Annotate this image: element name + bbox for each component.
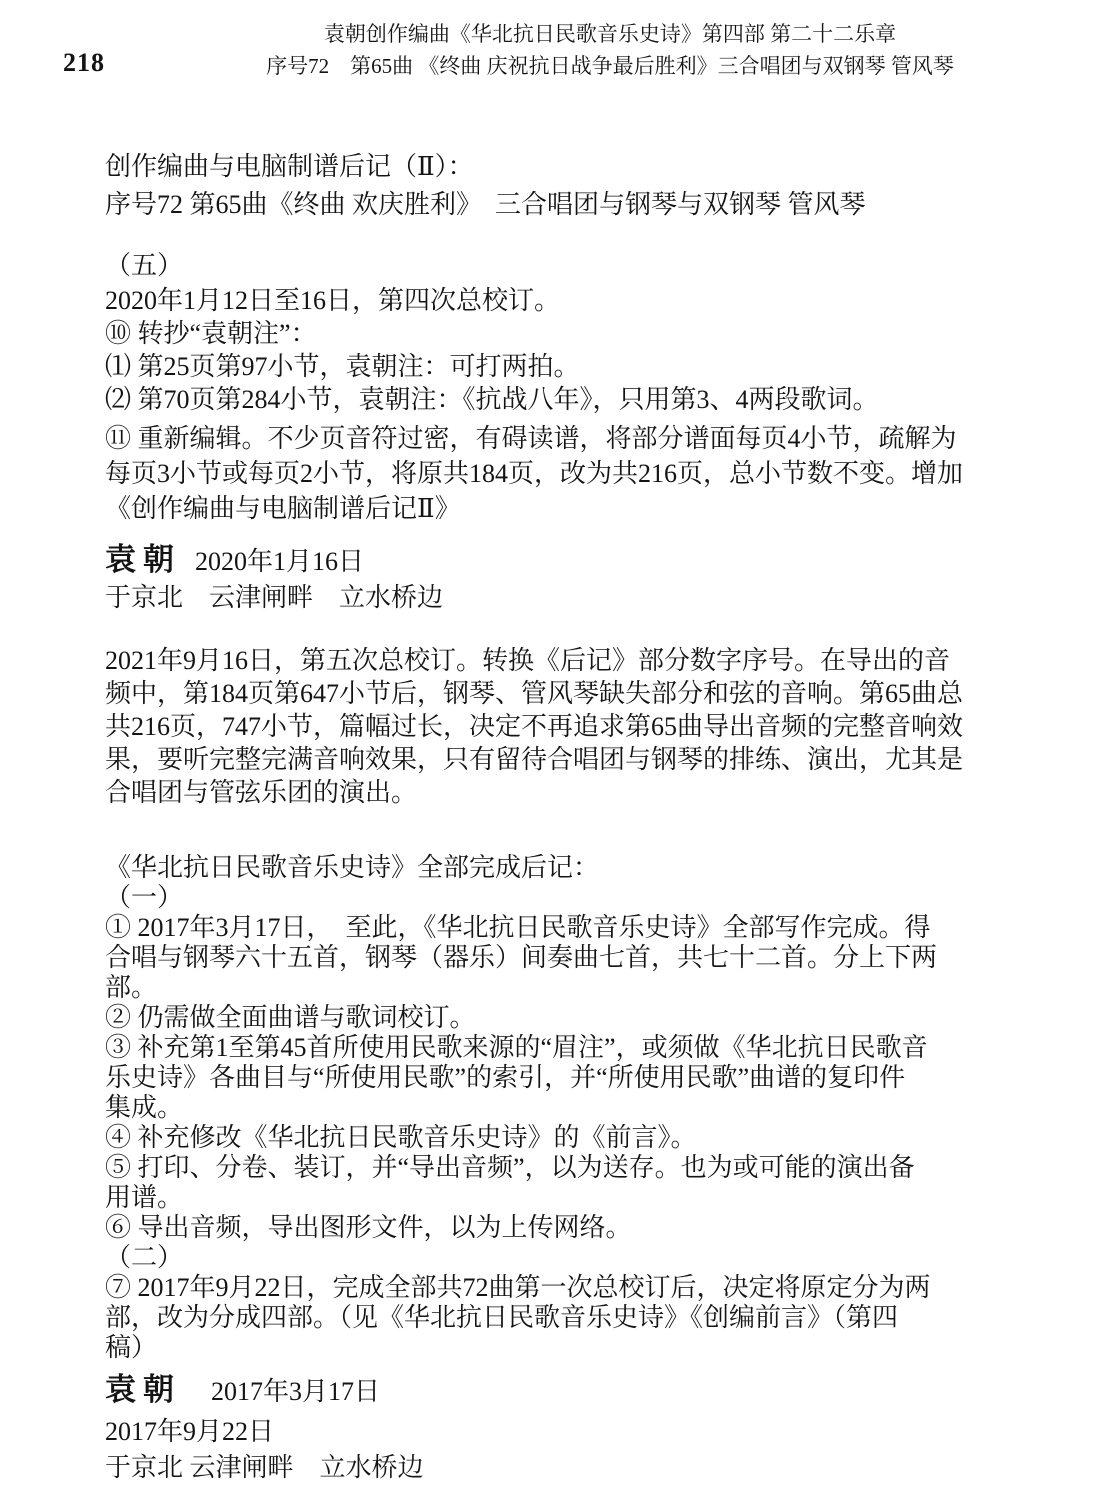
- item-3-line-2: 乐史诗》各曲目与“所使用民歌”的索引，并“所使用民歌”曲谱的复印件: [105, 1063, 990, 1093]
- page-number: 218: [63, 48, 105, 78]
- completion-postscript-section: 《华北抗日民歌音乐史诗》全部完成后记： （一） ① 2017年3月17日， 至此…: [105, 853, 990, 1363]
- signature-2020-line1: 袁朝2020年1月16日: [105, 543, 990, 578]
- author-name: 袁朝: [105, 1372, 181, 1407]
- running-header: 袁朝创作编曲《华北抗日民歌音乐史诗》第四部 第二十二乐章 序号72 第65曲 《…: [130, 18, 1090, 82]
- fifth-revision-line-5: 合唱团与管弦乐团的演出。: [105, 776, 990, 809]
- section-two-label: （二）: [105, 1243, 990, 1273]
- item-6: ⑥ 导出音频，导出图形文件，以为上传网络。: [105, 1213, 990, 1243]
- item-11-line-1: ⑪ 重新编辑。不少页音符过密，有碍读谱，将部分谱面每页4小节，疏解为: [105, 422, 990, 455]
- item-1-line-3: 部。: [105, 973, 990, 1003]
- item-11-line-3: 《创作编曲与电脑制谱后记Ⅱ》: [105, 492, 990, 525]
- item-1-line-1: ① 2017年3月17日， 至此，《华北抗日民歌音乐史诗》全部写作完成。得: [105, 913, 990, 943]
- item-7-line-2: 部，改为分成四部。（见《华北抗日民歌音乐史诗》《创编前言》（第四: [105, 1303, 990, 1333]
- postscript2-title: 创作编曲与电脑制谱后记（Ⅱ）：: [105, 150, 990, 183]
- section-five-label: （五）: [105, 249, 990, 282]
- signature-2020-place: 于京北 云津闸畔 立水桥边: [105, 578, 990, 618]
- item-7-line-1: ⑦ 2017年9月22日，完成全部共72曲第一次总校订后，决定将原定分为两: [105, 1273, 990, 1303]
- running-header-line1: 袁朝创作编曲《华北抗日民歌音乐史诗》第四部 第二十二乐章: [130, 18, 1090, 50]
- item-4: ④ 补充修改《华北抗日民歌音乐史诗》的《前言》。: [105, 1123, 990, 1153]
- item-3-line-1: ③ 补充第1至第45首所使用民歌来源的“眉注”，或须做《华北抗日民歌音: [105, 1033, 990, 1063]
- item-10-sub-2: ⑵ 第70页第284小节，袁朝注：《抗战八年》，只用第3、4两段歌词。: [105, 383, 990, 416]
- postscript2-subtitle: 序号72 第65曲《终曲 欢庆胜利》 三合唱团与钢琴与双钢琴 管风琴: [105, 188, 990, 221]
- fifth-revision-line-4: 果，要听完整完满音响效果，只有留待合唱团与钢琴的排练、演出，尤其是: [105, 743, 990, 776]
- item-10: ⑩ 转抄“袁朝注”：: [105, 317, 990, 350]
- fourth-revision-note: 2020年1月12日至16日，第四次总校订。: [105, 284, 990, 317]
- scanned-document-page: 218 袁朝创作编曲《华北抗日民歌音乐史诗》第四部 第二十二乐章 序号72 第6…: [0, 0, 1100, 1506]
- signature-2017-date2: 2017年9月22日: [105, 1413, 990, 1451]
- item-1-line-2: 合唱与钢琴六十五首，钢琴（器乐）间奏曲七首，共七十二首。分上下两: [105, 943, 990, 973]
- item-3-line-3: 集成。: [105, 1093, 990, 1123]
- item-11-line-2: 每页3小节或每页2小节，将原共184页，改为共216页，总小节数不变。增加: [105, 457, 990, 490]
- section-one-label: （一）: [105, 883, 990, 913]
- item-5-line-2: 用谱。: [105, 1183, 990, 1213]
- running-header-line2: 序号72 第65曲 《终曲 庆祝抗日战争最后胜利》三合唱团与双钢琴 管风琴: [130, 50, 1090, 82]
- fifth-revision-line-2: 频中，第184页第647小节后，钢琴、管风琴缺失部分和弦的音响。第65曲总: [105, 677, 990, 710]
- fifth-revision-line-1: 2021年9月16日，第五次总校订。转换《后记》部分数字序号。在导出的音: [105, 644, 990, 677]
- item-5-line-1: ⑤ 打印、分卷、装订，并“导出音频”，以为送存。也为或可能的演出备: [105, 1153, 990, 1183]
- author-name: 袁朝: [105, 542, 181, 577]
- signature-block-2020: 袁朝2020年1月16日 于京北 云津闸畔 立水桥边: [105, 543, 990, 618]
- signature-block-2017: 袁朝2017年3月17日 2017年9月22日 于京北 云津闸畔 立水桥边: [105, 1369, 990, 1485]
- item-2: ② 仍需做全面曲谱与歌词校订。: [105, 1003, 990, 1033]
- item-7-line-3: 稿）: [105, 1333, 990, 1363]
- signature-2020-date: 2020年1月16日: [195, 547, 364, 576]
- fifth-revision-line-3: 共216页，747小节，篇幅过长，决定不再追求第65曲导出音频的完整音响效: [105, 710, 990, 743]
- completion-heading: 《华北抗日民歌音乐史诗》全部完成后记：: [105, 853, 990, 883]
- signature-2017-line1: 袁朝2017年3月17日: [105, 1369, 990, 1413]
- item-10-sub-1: ⑴ 第25页第97小节，袁朝注：可打两拍。: [105, 350, 990, 383]
- document-body: 创作编曲与电脑制谱后记（Ⅱ）： 序号72 第65曲《终曲 欢庆胜利》 三合唱团与…: [105, 150, 990, 1485]
- signature-2017-date1: 2017年3月17日: [211, 1377, 380, 1406]
- signature-2017-place: 于京北 云津闸畔 立水桥边: [105, 1451, 990, 1485]
